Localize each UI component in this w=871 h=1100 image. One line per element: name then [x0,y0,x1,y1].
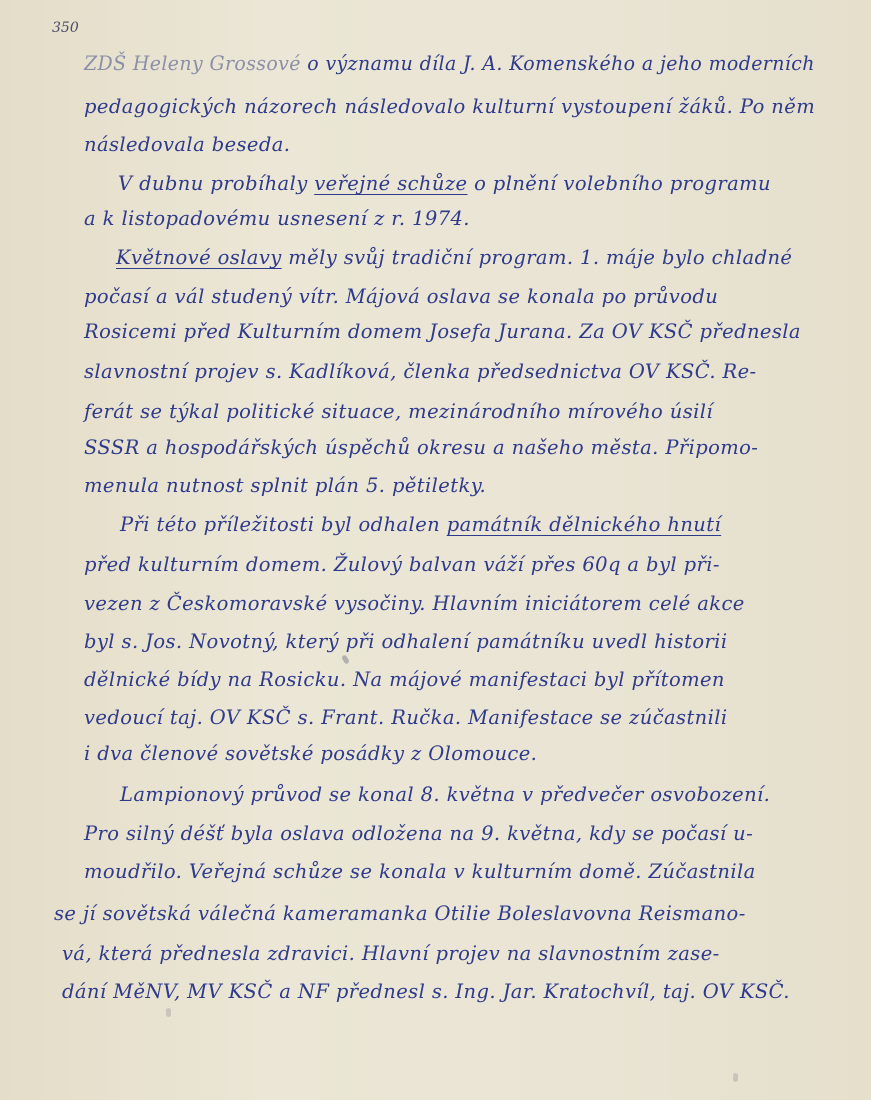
underlined-heading: Květnové oslavy [116,246,282,269]
text-line-10: ferát se týkal politické situace, meziná… [84,400,713,423]
line-text: o významu díla J. A. Komenského a jeho m… [301,52,815,75]
text-line-15: vezen z Českomoravské vysočiny. Hlavním … [84,592,745,615]
text-line-16: byl s. Jos. Novotný, který při odhalení … [84,630,727,653]
text-line-4: V dubnu probíhaly veřejné schůze o plněn… [118,172,771,195]
faded-text: ZDŠ Heleny Grossové [84,52,301,75]
text-line-19: i dva členové sovětské posádky z Olomouc… [84,742,537,765]
text-line-5: a k listopadovému usnesení z r. 1974. [84,207,470,230]
text-line-8: Rosicemi před Kulturním domem Josefa Jur… [84,320,801,343]
ink-smudge [341,654,350,664]
text-line-7: počasí a vál studený vítr. Májová oslava… [84,285,718,308]
text-line-22: moudřilo. Veřejná schůze se konala v kul… [84,860,756,883]
underlined-heading: památník dělnického hnutí [447,513,721,536]
text-line-11: SSSR a hospodářských úspěchů okresu a na… [84,436,758,459]
page-number: 350 [52,20,79,36]
text-line-2: pedagogických názorech následovalo kultu… [84,95,815,118]
text-line-13: Při této příležitosti byl odhalen památn… [120,513,721,536]
text-line-25: dání MěNV, MV KSČ a NF přednesl s. Ing. … [62,980,790,1003]
text-line-17: dělnické bídy na Rosicku. Na májové mani… [84,668,725,691]
text-line-9: slavnostní projev s. Kadlíková, členka p… [84,360,757,383]
underlined-heading: veřejné schůze [314,172,467,195]
line-text: Při této příležitosti byl odhalen [120,513,447,536]
ink-smudge [733,1073,738,1082]
line-text: měly svůj tradiční program. 1. máje bylo… [282,246,793,269]
text-line-3: následovala beseda. [84,133,290,156]
line-text: o plnění volebního programu [467,172,770,195]
text-line-1: ZDŠ Heleny Grossové o významu díla J. A.… [84,52,815,75]
ink-smudge [166,1008,171,1017]
text-line-20: Lampionový průvod se konal 8. května v p… [120,783,770,806]
line-text: V dubnu probíhaly [118,172,314,195]
text-line-18: vedoucí taj. OV KSČ s. Frant. Ručka. Man… [84,706,728,729]
text-line-12: menula nutnost splnit plán 5. pětiletky. [84,474,486,497]
text-line-24: vá, která přednesla zdravici. Hlavní pro… [62,942,720,965]
text-line-6: Květnové oslavy měly svůj tradiční progr… [116,246,792,269]
text-line-23: se jí sovětská válečná kameramanka Otili… [54,902,746,925]
text-line-21: Pro silný déšť byla oslava odložena na 9… [84,822,753,845]
text-line-14: před kulturním domem. Žulový balvan váží… [84,553,720,576]
